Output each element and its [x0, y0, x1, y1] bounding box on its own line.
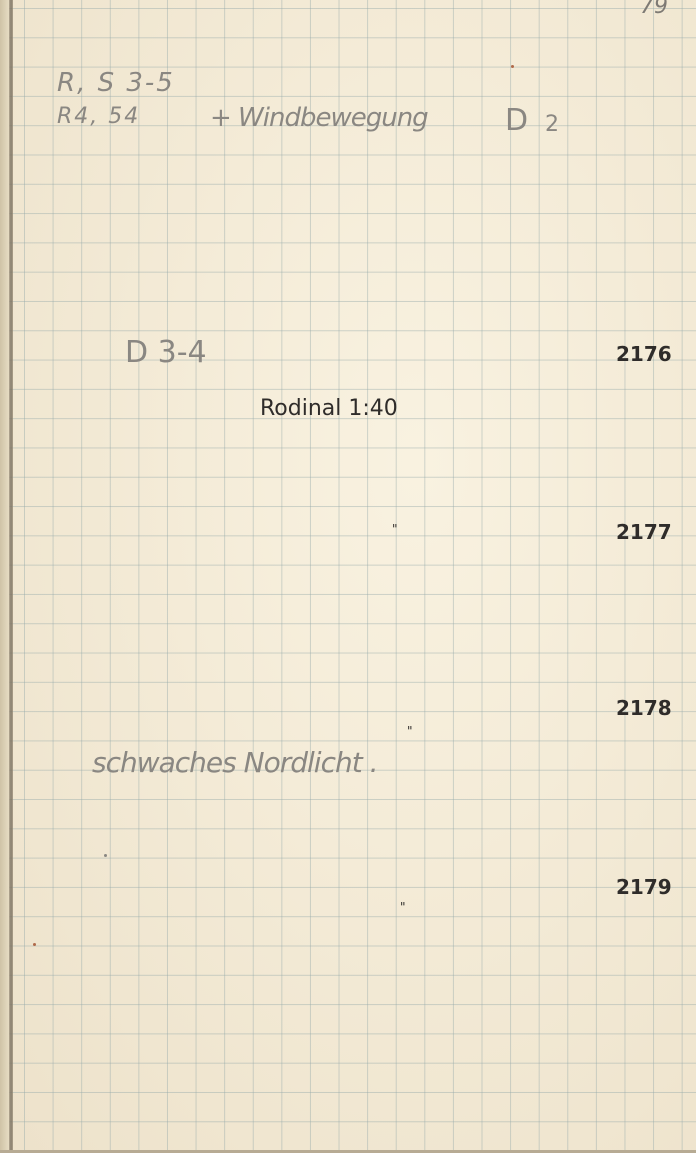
ditto-mark: ": [407, 724, 413, 738]
entry-note-aurora: schwaches Nordlicht .: [92, 746, 377, 779]
binding-edge: [9, 0, 13, 1153]
entry-label: D 3-4: [125, 335, 207, 370]
ditto-mark: ": [400, 900, 406, 914]
paper-speck: [511, 65, 514, 68]
header-line-2-value: 2: [545, 112, 559, 137]
frame-number: 2176: [616, 342, 672, 366]
header-line-2-label: D: [505, 103, 528, 138]
frame-number: 2178: [616, 696, 672, 720]
frame-number: 2177: [616, 520, 672, 544]
notebook-page: 79 R, S 3-5 R4, 54 + Windbewegung D 2 D …: [0, 0, 696, 1153]
page-gutter-shadow: [0, 0, 9, 1153]
frame-number: 2179: [616, 875, 672, 899]
ditto-mark: ": [392, 522, 398, 536]
paper-speck: [33, 943, 36, 946]
entry-note-developer: Rodinal 1:40: [260, 396, 398, 421]
page-number: 79: [640, 0, 668, 19]
header-line-1: R, S 3-5: [57, 68, 175, 98]
paper-speck: [104, 854, 107, 857]
header-line-2-note: + Windbewegung: [210, 103, 428, 133]
header-line-2-prefix: R4, 54: [57, 104, 140, 129]
